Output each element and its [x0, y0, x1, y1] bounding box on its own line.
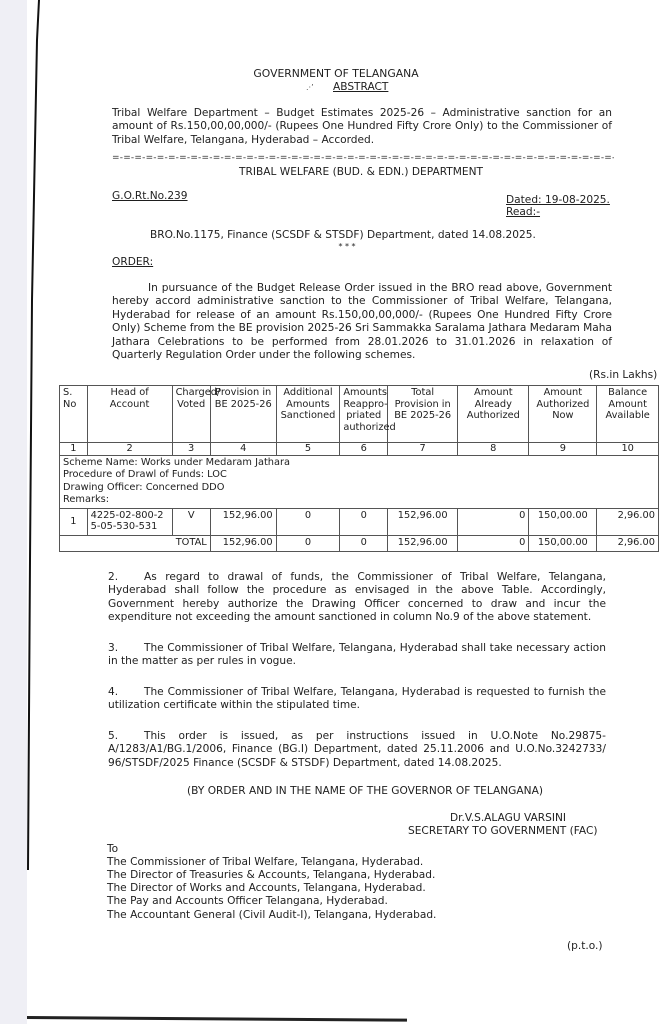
paragraph-4: 4.The Commissioner of Tribal Welfare, Te…: [108, 686, 606, 713]
col-num: 10: [597, 443, 659, 456]
paragraph-number: 2.: [108, 571, 144, 584]
col-num: 3: [172, 443, 210, 456]
col-num: 6: [340, 443, 388, 456]
go-number: G.O.Rt.No.239: [112, 190, 188, 203]
col-num: 8: [458, 443, 529, 456]
pto-marker: (p.t.o.): [567, 940, 603, 953]
header-charged-voted: Charged/ Voted: [172, 386, 210, 443]
scheme-name: Scheme Name: Works under Medaram Jathara: [63, 457, 655, 470]
cell-authorized-now: 150,00.00: [529, 508, 597, 535]
signatory-title: SECRETARY TO GOVERNMENT (FAC): [408, 825, 598, 838]
scheme-info-cell: Scheme Name: Works under Medaram Jathara…: [60, 455, 659, 508]
total-already-authorized: 0: [458, 535, 529, 551]
signatory-name: Dr.V.S.ALAGU VARSINI: [408, 812, 608, 825]
header-provision-be: Provision in BE 2025-26: [210, 386, 276, 443]
col-num: 2: [87, 443, 172, 456]
cell-reappropriated: 0: [340, 508, 388, 535]
header-balance: Balance Amount Available: [597, 386, 659, 443]
col-num: 7: [388, 443, 458, 456]
recipient: The Director of Treasuries & Accounts, T…: [107, 869, 435, 882]
cell-additional: 0: [276, 508, 340, 535]
units-label: (Rs.in Lakhs): [589, 369, 657, 382]
cell-sno: 1: [60, 508, 88, 535]
page-bottom-edge: [27, 1016, 407, 1022]
recipient: The Pay and Accounts Officer Telangana, …: [107, 895, 388, 908]
subject-text: Tribal Welfare Department – Budget Estim…: [112, 107, 612, 147]
recipient: The Accountant General (Civil Audit-I), …: [107, 909, 436, 922]
to-label: To: [107, 843, 118, 856]
read-label: Read:-: [506, 206, 540, 219]
paragraph-2: 2.As regard to drawal of funds, the Comm…: [108, 571, 606, 625]
table-header-row: S. No Head of Account Charged/ Voted Pro…: [60, 386, 659, 443]
cell-balance: 2,96.00: [597, 508, 659, 535]
paragraph-number: 3.: [108, 642, 144, 655]
page-left-margin: [0, 0, 27, 1024]
allocation-table: S. No Head of Account Charged/ Voted Pro…: [59, 385, 659, 552]
order-paragraph-1: In pursuance of the Budget Release Order…: [112, 282, 612, 362]
col-num: 1: [60, 443, 88, 456]
stars-divider: * * *: [0, 240, 672, 253]
abstract-mark: .·’୻: [306, 81, 314, 94]
remarks: Remarks:: [63, 494, 655, 507]
paragraph-5: 5.This order is issued, as per instructi…: [108, 730, 606, 770]
paragraph-number: 4.: [108, 686, 144, 699]
order-heading: ORDER:: [112, 256, 153, 269]
header-reappropriated: Amounts Reappro-priated authorized: [340, 386, 388, 443]
cell-already-authorized: 0: [458, 508, 529, 535]
header-total-provision: Total Provision in BE 2025-26: [388, 386, 458, 443]
col-num: 4: [210, 443, 276, 456]
cell-provision-be: 152,96.00: [210, 508, 276, 535]
drawl-procedure: Procedure of Drawl of Funds: LOC: [63, 469, 655, 482]
drawing-officer: Drawing Officer: Concerned DDO: [63, 482, 655, 495]
header-already-authorized: Amount Already Authorized: [458, 386, 529, 443]
header-head-of-account: Head of Account: [87, 386, 172, 443]
column-number-row: 1 2 3 4 5 6 7 8 9 10: [60, 443, 659, 456]
col-num: 5: [276, 443, 340, 456]
total-reappropriated: 0: [340, 535, 388, 551]
total-row: TOTAL 152,96.00 0 0 152,96.00 0 150,00.0…: [60, 535, 659, 551]
cell-charged-voted: V: [172, 508, 210, 535]
total-label: TOTAL: [60, 535, 211, 551]
recipient: The Commissioner of Tribal Welfare, Tela…: [107, 856, 423, 869]
cell-total-provision: 152,96.00: [388, 508, 458, 535]
col-num: 9: [529, 443, 597, 456]
paragraph-number: 5.: [108, 730, 144, 743]
total-balance: 2,96.00: [597, 535, 659, 551]
total-additional: 0: [276, 535, 340, 551]
separator-line: =-=-=-=-=-=-=-=-=-=-=-=-=-=-=-=-=-=-=-=-…: [112, 153, 614, 163]
by-order-line: (BY ORDER AND IN THE NAME OF THE GOVERNO…: [0, 785, 672, 798]
abstract-heading: ABSTRACT: [333, 81, 388, 94]
table-row: 1 4225-02-800-25-05-530-531 V 152,96.00 …: [60, 508, 659, 535]
cell-head-of-account: 4225-02-800-25-05-530-531: [87, 508, 172, 535]
government-heading: GOVERNMENT OF TELANGANA: [0, 67, 672, 80]
header-sno: S. No: [60, 386, 88, 443]
recipient: The Director of Works and Accounts, Tela…: [107, 882, 426, 895]
total-provision-be: 152,96.00: [210, 535, 276, 551]
header-additional: Additional Amounts Sanctioned: [276, 386, 340, 443]
total-total-provision: 152,96.00: [388, 535, 458, 551]
department-name: TRIBAL WELFARE (BUD. & EDN.) DEPARTMENT: [0, 166, 672, 179]
total-authorized-now: 150,00.00: [529, 535, 597, 551]
header-authorized-now: Amount Authorized Now: [529, 386, 597, 443]
paragraph-3: 3.The Commissioner of Tribal Welfare, Te…: [108, 642, 606, 669]
scheme-info-row: Scheme Name: Works under Medaram Jathara…: [60, 455, 659, 508]
